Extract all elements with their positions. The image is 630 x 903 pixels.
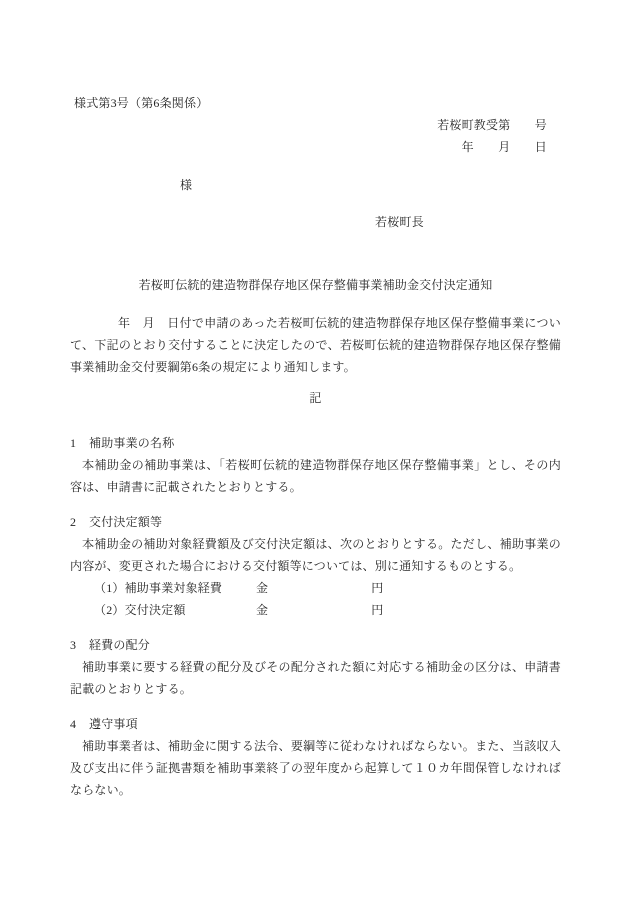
section-body: 本補助金の補助事業は、「若桜町伝統的建造物群保存地区保存整備事業」とし、その内容… [70, 454, 561, 498]
intro-paragraph: 年 月 日付で申請のあった若桜町伝統的建造物群保存地区保存整備事業について、下記… [70, 312, 561, 378]
amount-currency-suffix: 円 [371, 577, 383, 599]
amount-currency-prefix: 金 [256, 577, 268, 599]
section-body: 補助事業者は、補助金に関する法令、要綱等に従わなければならない。また、当該収入及… [70, 735, 561, 801]
amount-row-2: （2）交付決定額 金 円 [70, 599, 561, 621]
section-4: 4 遵守事項 補助事業者は、補助金に関する法令、要綱等に従わなければならない。ま… [70, 713, 561, 801]
section-4-head: 4 遵守事項 [70, 713, 561, 735]
document-page: 様式第3号（第6条関係） 若桜町教受第 号 年 月 日 様 若桜町長 若桜町伝統… [0, 0, 630, 903]
amount-currency-prefix: 金 [256, 599, 268, 621]
section-number: 1 [70, 432, 89, 454]
section-number: 2 [70, 511, 89, 533]
section-heading: 経費の配分 [89, 634, 561, 656]
section-body: 本補助金の補助対象経費額及び交付決定額は、次のとおりとする。ただし、補助事業の内… [70, 533, 561, 577]
section-number: 3 [70, 634, 89, 656]
document-title: 若桜町伝統的建造物群保存地区保存整備事業補助金交付決定通知 [70, 274, 561, 296]
ki-marker: 記 [70, 387, 561, 409]
section-1-head: 1 補助事業の名称 [70, 432, 561, 454]
section-heading: 交付決定額等 [89, 511, 561, 533]
section-2: 2 交付決定額等 本補助金の補助対象経費額及び交付決定額は、次のとおりとする。た… [70, 511, 561, 621]
section-heading: 補助事業の名称 [89, 432, 561, 454]
section-heading: 遵守事項 [89, 713, 561, 735]
section-number: 4 [70, 713, 89, 735]
section-body: 補助事業に要する経費の配分及びその配分された額に対応する補助金の区分は、申請書記… [70, 656, 561, 700]
date-line: 年 月 日 [70, 136, 561, 158]
amount-currency-suffix: 円 [371, 599, 383, 621]
document-number-line: 若桜町教受第 号 [70, 114, 561, 136]
section-3-head: 3 経費の配分 [70, 634, 561, 656]
amount-row-1: （1）補助事業対象経費 金 円 [70, 577, 561, 599]
recipient-line: 様 [70, 174, 561, 196]
amount-label: （1）補助事業対象経費 [94, 577, 256, 599]
section-2-head: 2 交付決定額等 [70, 511, 561, 533]
section-3: 3 経費の配分 補助事業に要する経費の配分及びその配分された額に対応する補助金の… [70, 634, 561, 700]
sender-line: 若桜町長 [70, 211, 561, 233]
amount-label: （2）交付決定額 [94, 599, 256, 621]
document-content: 様式第3号（第6条関係） 若桜町教受第 号 年 月 日 様 若桜町長 若桜町伝統… [70, 0, 561, 801]
form-number: 様式第3号（第6条関係） [70, 92, 561, 114]
section-1: 1 補助事業の名称 本補助金の補助事業は、「若桜町伝統的建造物群保存地区保存整備… [70, 432, 561, 498]
